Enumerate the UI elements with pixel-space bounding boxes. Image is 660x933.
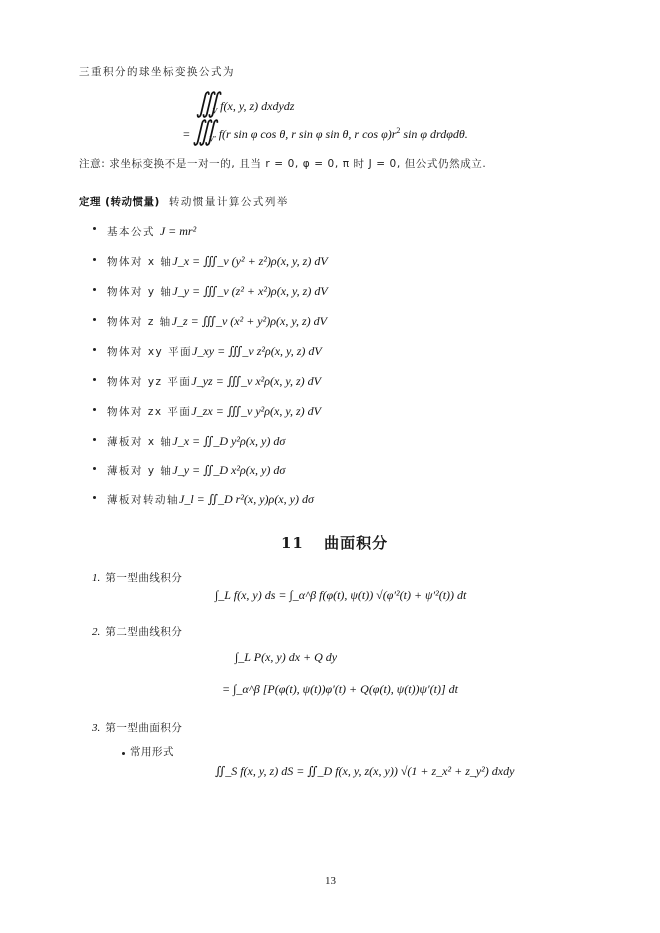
list-item: 物体对 x 轴J_x = ∭_v (y² + z²)ρ(x, y, z) dV [107, 250, 328, 269]
integrand: f(x, y, z) dxdydz [220, 99, 294, 113]
spherical-note: 注意: 求坐标变换不是一对一的, 且当 r = 0, φ = 0, π 时 J … [79, 156, 486, 171]
page-number: 13 [325, 875, 336, 887]
section-title: 曲面积分 [324, 534, 388, 552]
integrand: f(r sin φ cos θ, r sin φ sin θ, r cos φ)… [219, 127, 397, 141]
list-item: 物体对 y 轴J_y = ∭_v (z² + x²)ρ(x, y, z) dV [107, 280, 328, 299]
spherical-intro-text: 三重积分的球坐标变换公式为 [79, 64, 235, 79]
list-item: 基本公式 J = mr² [107, 220, 196, 239]
bullet-icon [93, 438, 96, 441]
bullet-icon [93, 408, 96, 411]
spherical-equation-line-1: ∭V f(x, y, z) dxdydz [196, 92, 294, 115]
bullet-icon [93, 227, 96, 230]
triple-integral-symbol: ∭ [193, 117, 209, 145]
list-item: 物体对 zx 平面J_zx = ∭_v y²ρ(x, y, z) dV [107, 400, 321, 419]
bullet-icon [93, 348, 96, 351]
list-item: 薄板对转动轴J_l = ∬_D r²(x, y)ρ(x, y) dσ [107, 488, 314, 507]
list-item: 物体对 xy 平面J_xy = ∭_v z²ρ(x, y, z) dV [107, 340, 322, 359]
line-integral-type2-formula-line-1: ∫_L P(x, y) dx + Q dy [235, 650, 337, 665]
bullet-icon [93, 288, 96, 291]
spherical-equation-line-2: = ∭V′ f(r sin φ cos θ, r sin φ sin θ, r … [183, 120, 468, 143]
list-item: 薄板对 y 轴J_y = ∬_D x²ρ(x, y) dσ [107, 459, 285, 478]
line-integral-type2-formula-line-2: = ∫_α^β [P(φ(t), ψ(t))φ′(t) + Q(φ(t), ψ(… [222, 682, 458, 697]
bullet-icon [122, 752, 125, 755]
sub-bullet-label: 常用形式 [130, 744, 174, 759]
list-item: 物体对 z 轴J_z = ∭_v (x² + y²)ρ(x, y, z) dV [107, 310, 327, 329]
bullet-icon [93, 467, 96, 470]
bullet-icon [93, 496, 96, 499]
bullet-icon [93, 258, 96, 261]
bullet-icon [93, 378, 96, 381]
numbered-item-2: 2. 第二型曲线积分 [92, 620, 182, 639]
theorem-heading: 定理 (转动惯量) 转动惯量计算公式列举 [79, 190, 289, 209]
numbered-item-1: 1. 第一型曲线积分 [92, 566, 182, 585]
numbered-item-3: 3. 第一型曲面积分 [92, 716, 182, 735]
list-item: 物体对 yz 平面J_yz = ∭_v x²ρ(x, y, z) dV [107, 370, 321, 389]
list-item: 薄板对 x 轴J_x = ∬_D y²ρ(x, y) dσ [107, 430, 285, 449]
bullet-icon [93, 318, 96, 321]
section-number: 11 [281, 534, 304, 552]
triple-integral-symbol: ∭ [196, 89, 212, 117]
surface-integral-type1-formula: ∬_S f(x, y, z) dS = ∬_D f(x, y, z(x, y))… [215, 764, 514, 779]
section-heading: 11 曲面积分 [281, 532, 388, 553]
theorem-description: 转动惯量计算公式列举 [169, 196, 289, 208]
line-integral-type1-formula: ∫_L f(x, y) ds = ∫_α^β f(φ(t), ψ(t)) √(φ… [215, 588, 466, 603]
theorem-label: 定理 (转动惯量) [79, 196, 160, 208]
